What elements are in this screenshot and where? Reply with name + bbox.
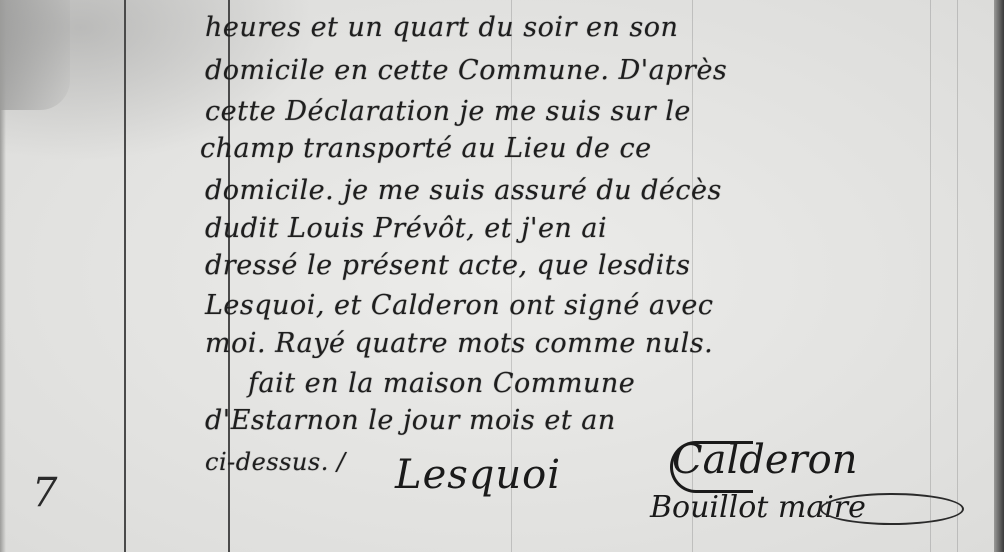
signature-lesquoi: Lesquoi	[395, 452, 561, 498]
paper-stain	[0, 0, 70, 110]
text-line-8: Lesquoi, et Calderon ont signé avec	[205, 290, 713, 321]
margin-entry-number: 7	[32, 470, 57, 516]
faint-rule-3	[930, 0, 931, 552]
text-line-3: cette Déclaration je me suis sur le	[205, 96, 691, 127]
text-line-6: dudit Louis Prévôt, et j'en ai	[205, 213, 607, 244]
text-line-10: fait en la maison Commune	[248, 368, 635, 399]
text-line-12: ci-dessus. /	[205, 448, 346, 476]
text-line-9: moi. Rayé quatre mots comme nuls.	[205, 328, 713, 359]
signature-flourish	[820, 493, 964, 525]
text-line-4: champ transporté au Lieu de ce	[200, 133, 652, 164]
text-line-11: d'Estarnon le jour mois et an	[205, 405, 616, 436]
document-page: 7 heures et un quart du soir en son domi…	[0, 0, 1004, 552]
text-line-5: domicile. je me suis assuré du décès	[205, 175, 722, 206]
text-line-1: heures et un quart du soir en son	[205, 12, 678, 43]
faint-rule-4	[957, 0, 958, 552]
margin-rule-1	[124, 0, 126, 552]
signature-calderon: Calderon	[672, 437, 858, 483]
page-right-edge	[994, 0, 1004, 552]
text-line-2: domicile en cette Commune. D'après	[205, 55, 727, 86]
page-left-edge	[0, 0, 6, 552]
text-line-7: dressé le présent acte, que lesdits	[205, 250, 691, 281]
